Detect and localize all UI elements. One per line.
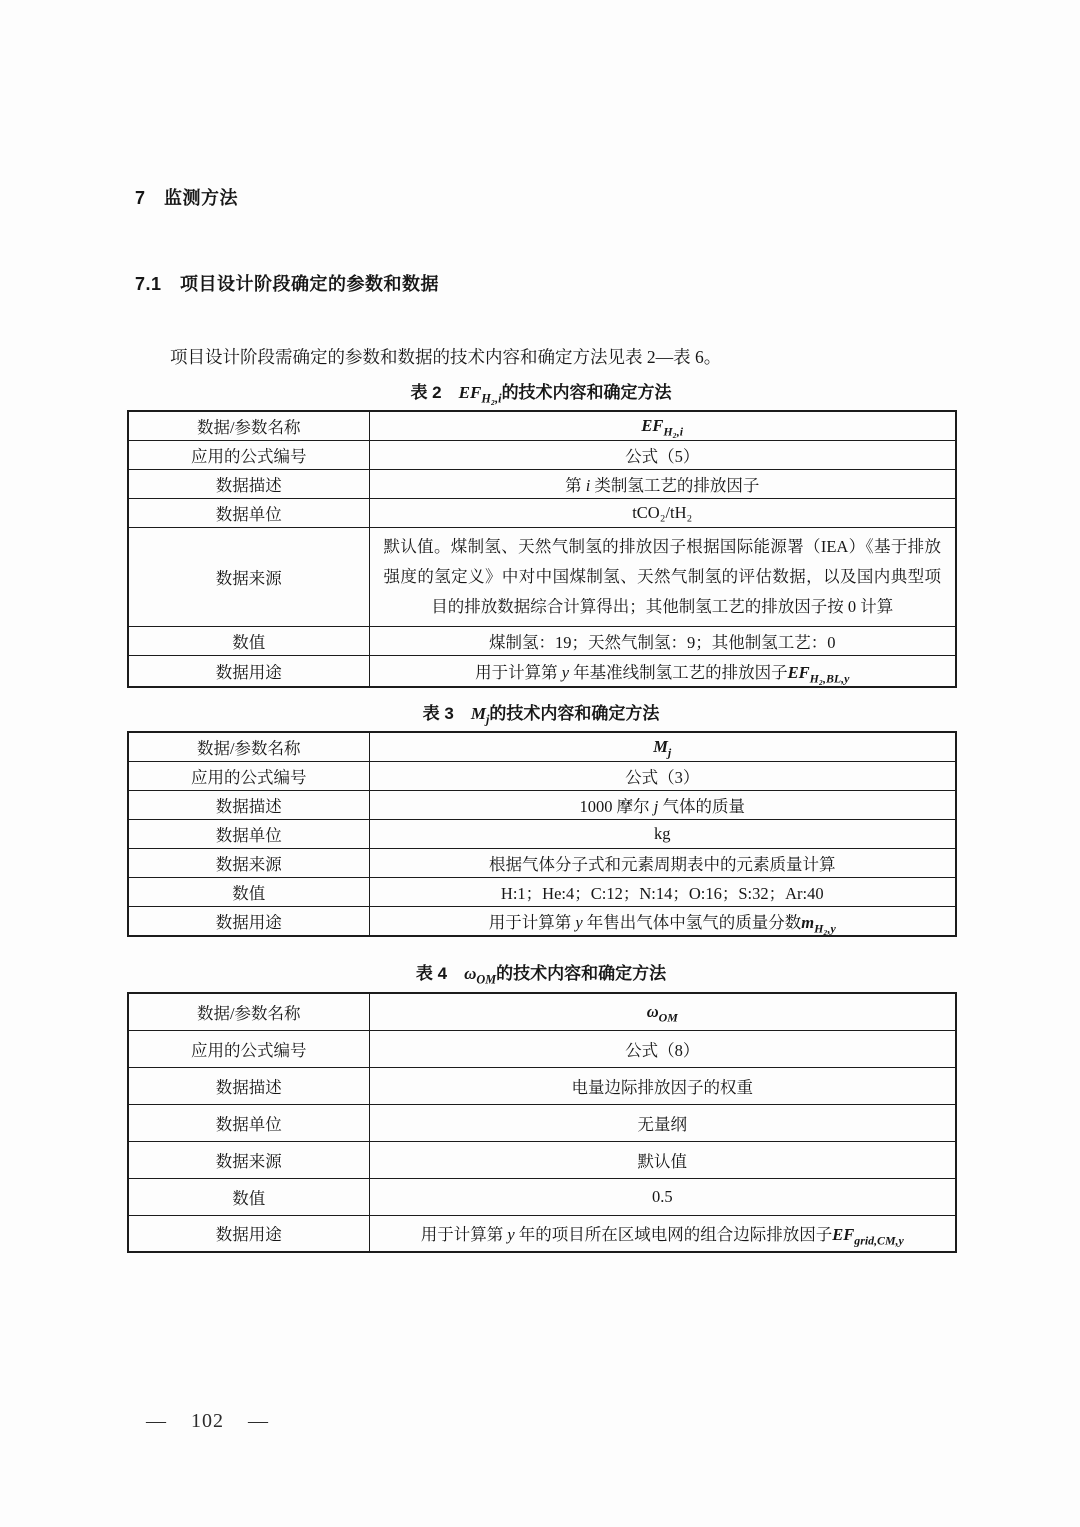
- row-value: 默认值。煤制氢、天然气制氢的排放因子根据国际能源署（IEA）《基于排放强度的氢定…: [369, 528, 956, 627]
- table-row: 数据描述 电量边际排放因子的权重: [128, 1067, 956, 1104]
- table4: 数据/参数名称 ωOM 应用的公式编号 公式（8） 数据描述 电量边际排放因子的…: [127, 992, 957, 1253]
- document-page: 7 监测方法 7.1 项目设计阶段确定的参数和数据 项目设计阶段需确定的参数和数…: [0, 0, 1080, 1527]
- row-value: 第 i 类制氢工艺的排放因子: [369, 470, 956, 499]
- row-label: 数据描述: [128, 791, 369, 820]
- row-label: 数据/参数名称: [128, 732, 369, 762]
- row-label: 应用的公式编号: [128, 1030, 369, 1067]
- table-row: 数据描述 1000 摩尔 j 气体的质量: [128, 791, 956, 820]
- table-row: 应用的公式编号 公式（8）: [128, 1030, 956, 1067]
- table2-caption: 表 2 EFH₂,i的技术内容和确定方法: [127, 378, 955, 403]
- page-number: 102: [191, 1410, 224, 1432]
- row-value: 用于计算第 y 年基准线制氢工艺的排放因子EFH₂,BL,y: [369, 656, 956, 687]
- row-label: 数据来源: [128, 1141, 369, 1178]
- subsection-heading: 7.1 项目设计阶段确定的参数和数据: [135, 270, 439, 296]
- row-value: 1000 摩尔 j 气体的质量: [369, 791, 956, 820]
- row-label: 数据单位: [128, 499, 369, 528]
- table-row: 数据/参数名称 Mj: [128, 732, 956, 762]
- row-value: 公式（8）: [369, 1030, 956, 1067]
- footer-dash-left: —: [146, 1410, 167, 1432]
- intro-paragraph: 项目设计阶段需确定的参数和数据的技术内容和确定方法见表 2—表 6。: [135, 344, 963, 370]
- table4-caption: 表 4 ωOM的技术内容和确定方法: [127, 959, 955, 984]
- row-label: 数据用途: [128, 907, 369, 937]
- row-value: ωOM: [369, 993, 956, 1030]
- row-label: 数据单位: [128, 1104, 369, 1141]
- footer-dash-right: —: [248, 1410, 269, 1432]
- row-label: 数据来源: [128, 528, 369, 627]
- row-label: 数据用途: [128, 1215, 369, 1252]
- section-heading: 7 监测方法: [135, 184, 238, 210]
- row-value: 用于计算第 y 年售出气体中氢气的质量分数mH₂,y: [369, 907, 956, 937]
- table3: 数据/参数名称 Mj 应用的公式编号 公式（3） 数据描述 1000 摩尔 j …: [127, 731, 957, 937]
- row-value: kg: [369, 820, 956, 849]
- row-label: 数值: [128, 878, 369, 907]
- table-row: 应用的公式编号 公式（5）: [128, 441, 956, 470]
- row-value: tCO₂/tH₂: [369, 499, 956, 528]
- table-row: 数据单位 无量纲: [128, 1104, 956, 1141]
- row-value: 无量纲: [369, 1104, 956, 1141]
- table-row: 数据描述 第 i 类制氢工艺的排放因子: [128, 470, 956, 499]
- row-label: 数据单位: [128, 820, 369, 849]
- table-row: 数值 0.5: [128, 1178, 956, 1215]
- row-value: 用于计算第 y 年的项目所在区域电网的组合边际排放因子EFgrid,CM,y: [369, 1215, 956, 1252]
- table-row: 数据来源 根据气体分子式和元素周期表中的元素质量计算: [128, 849, 956, 878]
- table-row: 数据用途 用于计算第 y 年售出气体中氢气的质量分数mH₂,y: [128, 907, 956, 937]
- row-value: Mj: [369, 732, 956, 762]
- row-label: 数值: [128, 627, 369, 656]
- table-row: 数据用途 用于计算第 y 年的项目所在区域电网的组合边际排放因子EFgrid,C…: [128, 1215, 956, 1252]
- table-row: 数据来源 默认值: [128, 1141, 956, 1178]
- row-label: 数据用途: [128, 656, 369, 687]
- row-value: 0.5: [369, 1178, 956, 1215]
- row-label: 应用的公式编号: [128, 441, 369, 470]
- row-label: 数据/参数名称: [128, 411, 369, 441]
- row-label: 应用的公式编号: [128, 762, 369, 791]
- table-row: 数值 煤制氢：19；天然气制氢：9；其他制氢工艺：0: [128, 627, 956, 656]
- row-label: 数据来源: [128, 849, 369, 878]
- table-row: 数值 H:1；He:4；C:12；N:14；O:16；S:32；Ar:40: [128, 878, 956, 907]
- table3-caption: 表 3 Mj的技术内容和确定方法: [127, 699, 955, 724]
- row-label: 数据/参数名称: [128, 993, 369, 1030]
- table-row: 数据来源 默认值。煤制氢、天然气制氢的排放因子根据国际能源署（IEA）《基于排放…: [128, 528, 956, 627]
- row-label: 数据描述: [128, 1067, 369, 1104]
- row-value: 公式（5）: [369, 441, 956, 470]
- page-footer: — 102 —: [138, 1410, 277, 1433]
- table-row: 应用的公式编号 公式（3）: [128, 762, 956, 791]
- row-label: 数据描述: [128, 470, 369, 499]
- row-value: 公式（3）: [369, 762, 956, 791]
- table-row: 数据/参数名称 EFH₂,i: [128, 411, 956, 441]
- row-value: H:1；He:4；C:12；N:14；O:16；S:32；Ar:40: [369, 878, 956, 907]
- row-value: 电量边际排放因子的权重: [369, 1067, 956, 1104]
- row-value: 默认值: [369, 1141, 956, 1178]
- table-row: 数据单位 tCO₂/tH₂: [128, 499, 956, 528]
- row-value: 煤制氢：19；天然气制氢：9；其他制氢工艺：0: [369, 627, 956, 656]
- row-value: EFH₂,i: [369, 411, 956, 441]
- row-label: 数值: [128, 1178, 369, 1215]
- table-row: 数据/参数名称 ωOM: [128, 993, 956, 1030]
- table-row: 数据单位 kg: [128, 820, 956, 849]
- table2: 数据/参数名称 EFH₂,i 应用的公式编号 公式（5） 数据描述 第 i 类制…: [127, 410, 957, 688]
- table-row: 数据用途 用于计算第 y 年基准线制氢工艺的排放因子EFH₂,BL,y: [128, 656, 956, 687]
- row-value: 根据气体分子式和元素周期表中的元素质量计算: [369, 849, 956, 878]
